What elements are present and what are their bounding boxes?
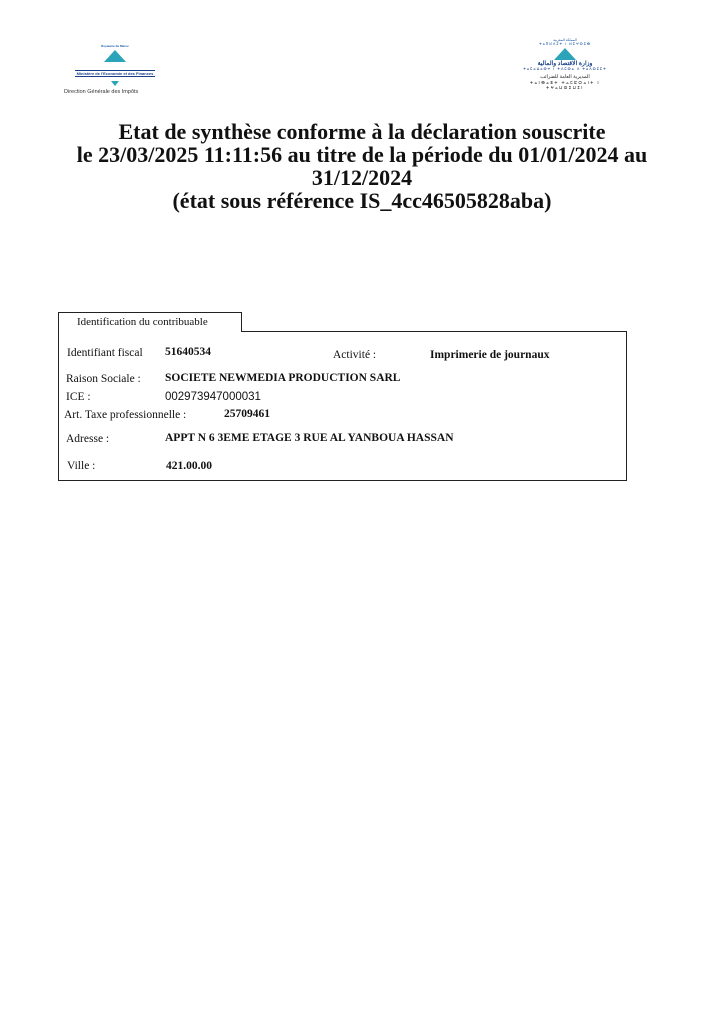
logo-ar-ministry: وزارة الاقتصاد والمالية: [510, 60, 620, 67]
identification-box: Identifiant fiscal 51640534 Activité : I…: [58, 331, 627, 481]
ville-value: 421.00.00: [166, 460, 212, 472]
activite-label: Activité :: [333, 349, 376, 361]
title-line-1: Etat de synthèse conforme à la déclarati…: [40, 120, 684, 143]
adresse-label: Adresse :: [66, 433, 109, 445]
taxe-professionnelle-label: Art. Taxe professionnelle :: [64, 409, 186, 421]
title-line-4: (état sous référence IS_4cc46505828aba): [40, 189, 684, 212]
logo-triangle-icon: [554, 48, 576, 60]
taxe-professionnelle-value: 25709461: [224, 408, 270, 420]
identifiant-fiscal-value: 51640534: [165, 346, 211, 358]
identifiant-fiscal-label: Identifiant fiscal: [67, 347, 143, 359]
logo-department-text: Direction Générale des Impôts: [64, 89, 204, 95]
ville-label: Ville :: [67, 460, 95, 472]
activite-value: Imprimerie de journaux: [430, 349, 549, 361]
logo-tz-dgi: ⵜⴰⵏⴱⴰⴹⵜ ⵜⴰⵎⵇⵔⴰⵏⵜ ⵏ ⵜⵖⴰⵡⵙⵉⵡⵉⵏ: [510, 80, 620, 90]
dgi-logo-right: المملكة المغربية ⵜⴰⴳⵍⴷⵉⵜ ⵏ ⵍⵎⵖⵔⵉⴱ وزارة …: [510, 38, 620, 90]
logo-ministry-text: Ministère de l'Economie et des Finances: [75, 70, 156, 77]
logo-arrow-down-icon: [111, 81, 119, 86]
raison-sociale-label: Raison Sociale :: [66, 373, 141, 385]
logo-kingdom-text: Royaume du Maroc: [70, 44, 160, 48]
ice-value: 002973947000031: [165, 391, 261, 403]
ice-label: ICE :: [66, 391, 91, 403]
title-line-2: le 23/03/2025 11:11:56 au titre de la pé…: [40, 143, 684, 166]
adresse-value: APPT N 6 3EME ETAGE 3 RUE AL YANBOUA HAS…: [165, 432, 454, 444]
dgi-logo-left: Royaume du Maroc Ministère de l'Economie…: [70, 44, 160, 86]
document-title: Etat de synthèse conforme à la déclarati…: [40, 120, 684, 212]
logo-tz-kingdom: ⵜⴰⴳⵍⴷⵉⵜ ⵏ ⵍⵎⵖⵔⵉⴱ: [510, 42, 620, 46]
identification-section-tab: Identification du contribuable: [58, 312, 242, 332]
title-line-3: 31/12/2024: [40, 166, 684, 189]
logo-triangle-icon: [104, 50, 126, 62]
raison-sociale-value: SOCIETE NEWMEDIA PRODUCTION SARL: [165, 372, 400, 384]
logo-tz-ministry: ⵜⴰⵎⴰⵡⴰⵙⵜ ⵏ ⵜⴷⵎⵙⴰ ⴷ ⵜⴰⴷⵔⵉⵎⵜ: [510, 67, 620, 71]
